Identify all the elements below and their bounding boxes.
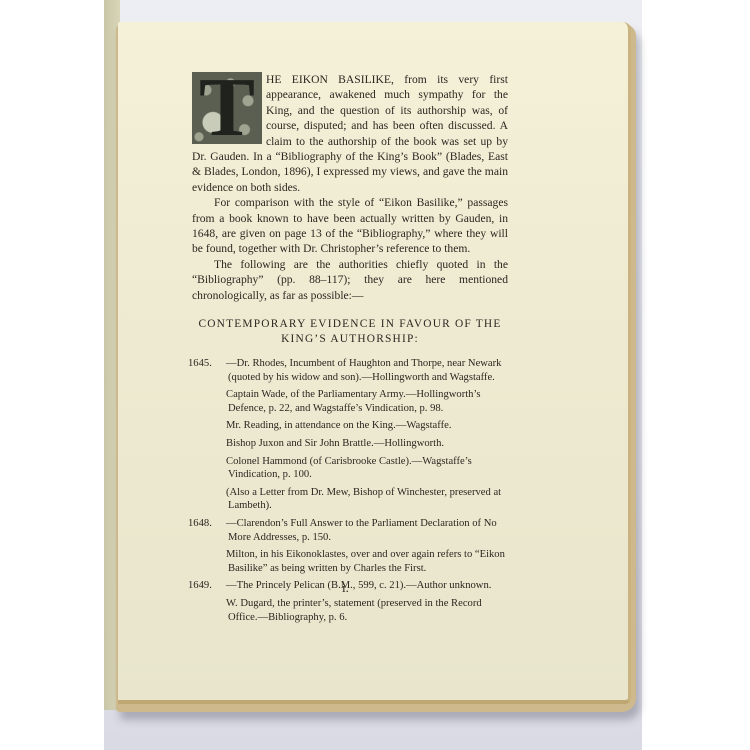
- entry-text: Colonel Hammond (of Carisbrooke Castle).…: [192, 455, 508, 482]
- evidence-entry: 1645. —Dr. Rhodes, Incumbent of Haughton…: [192, 357, 508, 384]
- comparison-paragraph: For comparison with the style of “Eikon …: [192, 195, 508, 257]
- evidence-entry: (Also a Letter from Dr. Mew, Bishop of W…: [192, 486, 508, 513]
- evidence-entry: Colonel Hammond (of Carisbrooke Castle).…: [192, 455, 508, 482]
- entry-text: (Also a Letter from Dr. Mew, Bishop of W…: [192, 486, 508, 513]
- evidence-entry: Mr. Reading, in attendance on the King.—…: [192, 419, 508, 433]
- ornamental-dropcap-icon: T: [192, 72, 262, 144]
- entry-text: —The Princely Pelican (B.M., 599, c. 21)…: [192, 579, 508, 593]
- page-text: T HE EIKON BASILIKE, from its very first…: [192, 72, 508, 628]
- entry-text: Mr. Reading, in attendance on the King.—…: [192, 419, 508, 433]
- page-number: i.: [342, 580, 349, 596]
- entry-text: —Clarendon’s Full Answer to the Parliame…: [192, 517, 508, 544]
- section-heading: CONTEMPORARY EVIDENCE IN FAVOUR OF THE K…: [192, 317, 508, 347]
- entry-year: 1645.: [188, 357, 212, 371]
- entry-text: Milton, in his Eikonoklastes, over and o…: [192, 548, 508, 575]
- evidence-entry: Captain Wade, of the Parliamentary Army.…: [192, 388, 508, 415]
- evidence-list: 1645. —Dr. Rhodes, Incumbent of Haughton…: [192, 357, 508, 624]
- section-heading-line-1: CONTEMPORARY EVIDENCE IN FAVOUR OF THE: [192, 317, 508, 332]
- section-heading-line-2: KING’S AUTHORSHIP:: [192, 332, 508, 347]
- dropcap-letter: T: [192, 72, 262, 144]
- evidence-entry: 1648. —Clarendon’s Full Answer to the Pa…: [192, 517, 508, 544]
- evidence-entry: W. Dugard, the printer’s, statement (pre…: [192, 597, 508, 624]
- entry-year: 1648.: [188, 517, 212, 531]
- entry-text: Captain Wade, of the Parliamentary Army.…: [192, 388, 508, 415]
- entry-text: Bishop Juxon and Sir John Brattle.—Holli…: [192, 437, 508, 451]
- entry-year: 1649.: [188, 579, 212, 593]
- evidence-entry: 1649. —The Princely Pelican (B.M., 599, …: [192, 579, 508, 593]
- entry-text: —Dr. Rhodes, Incumbent of Haughton and T…: [192, 357, 508, 384]
- entry-text: W. Dugard, the printer’s, statement (pre…: [192, 597, 508, 624]
- evidence-entry: Milton, in his Eikonoklastes, over and o…: [192, 548, 508, 575]
- authorities-paragraph: The following are the authorities chiefl…: [192, 257, 508, 303]
- intro-paragraph: T HE EIKON BASILIKE, from its very first…: [192, 72, 508, 195]
- evidence-entry: Bishop Juxon and Sir John Brattle.—Holli…: [192, 437, 508, 451]
